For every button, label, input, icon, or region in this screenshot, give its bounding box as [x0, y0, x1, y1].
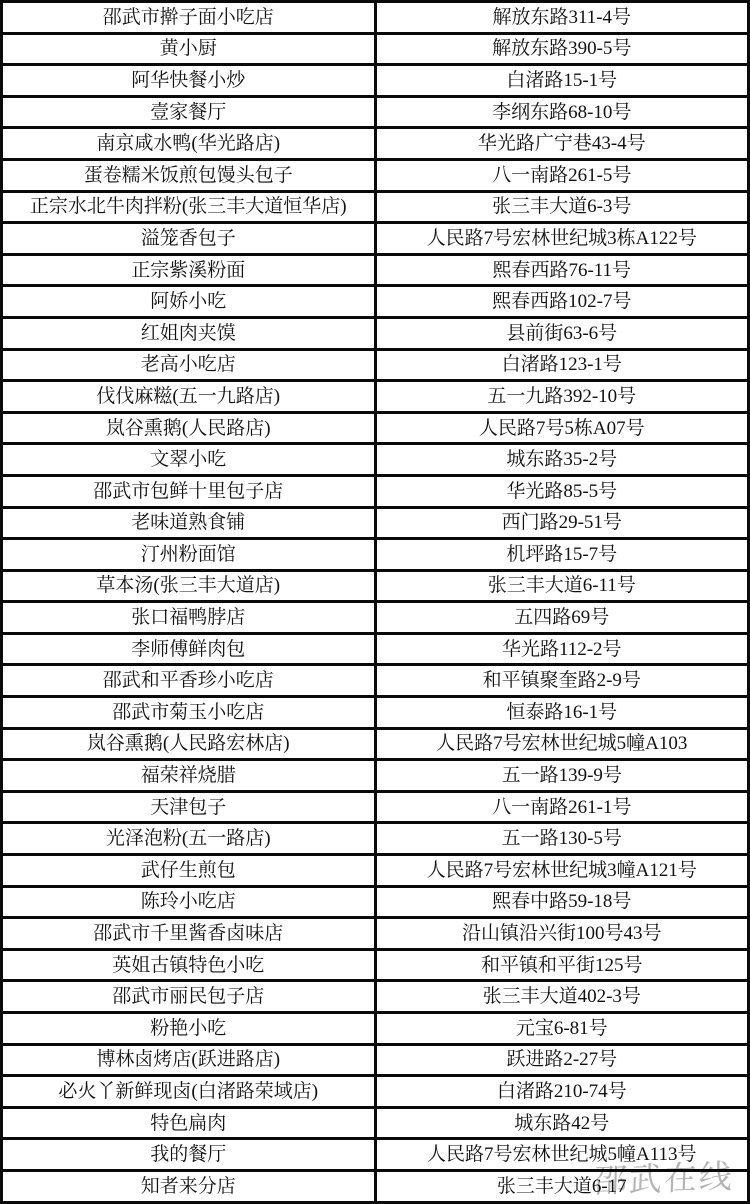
shop-name-cell: 博林卤烤店(跃进路店): [2, 1044, 376, 1076]
table-row: 邵武市千里酱香卤味店 沿山镇沿兴街100号43号: [2, 918, 749, 950]
address-cell: 八一南路261-5号: [375, 159, 749, 191]
address-cell: 人民路7号宏林世纪城3幢A121号: [375, 855, 749, 887]
table-row: 汀州粉面馆 机坪路15-7号: [2, 539, 749, 571]
table-row: 正宗紫溪粉面 熙春西路76-11号: [2, 254, 749, 286]
table-row: 陈玲小吃店 熙春中路59-18号: [2, 886, 749, 918]
table-row: 伐伐麻糍(五一九路店) 五一九路392-10号: [2, 381, 749, 413]
shop-name-cell: 壹家餐厅: [2, 96, 376, 128]
table-row: 岚谷熏鹅(人民路店) 人民路7号5栋A07号: [2, 412, 749, 444]
shop-name-cell: 老高小吃店: [2, 349, 376, 381]
address-cell: 五一路139-9号: [375, 760, 749, 792]
table-row: 邵武市菊玉小吃店 恒泰路16-1号: [2, 697, 749, 729]
address-cell: 人民路7号宏林世纪城5幢A113号: [375, 1139, 749, 1171]
address-cell: 沿山镇沿兴街100号43号: [375, 918, 749, 950]
address-cell: 五四路69号: [375, 602, 749, 634]
shop-name-cell: 陈玲小吃店: [2, 886, 376, 918]
shop-name-cell: 光泽泡粉(五一路店): [2, 823, 376, 855]
address-cell: 人民路7号5栋A07号: [375, 412, 749, 444]
address-cell: 华光路85-5号: [375, 475, 749, 507]
address-cell: 人民路7号宏林世纪城5幢A103: [375, 728, 749, 760]
table-row: 壹家餐厅 李纲东路68-10号: [2, 96, 749, 128]
address-cell: 张三丰大道6-3号: [375, 191, 749, 223]
shop-name-cell: 正宗紫溪粉面: [2, 254, 376, 286]
shop-name-cell: 红姐肉夹馍: [2, 317, 376, 349]
shop-name-cell: 草本汤(张三丰大道店): [2, 570, 376, 602]
table-row: 岚谷熏鹅(人民路宏林店) 人民路7号宏林世纪城5幢A103: [2, 728, 749, 760]
address-cell: 元宝6-81号: [375, 1013, 749, 1045]
address-cell: 张三丰大道6-11号: [375, 570, 749, 602]
table-row: 老高小吃店 白渚路123-1号: [2, 349, 749, 381]
address-cell: 华光路广宁巷43-4号: [375, 128, 749, 160]
table-row: 武仔生煎包 人民路7号宏林世纪城3幢A121号: [2, 855, 749, 887]
table-row: 蛋卷糯米饭煎包馒头包子 八一南路261-5号: [2, 159, 749, 191]
address-cell: 和平镇聚奎路2-9号: [375, 665, 749, 697]
table-row: 英姐古镇特色小吃 和平镇和平街125号: [2, 949, 749, 981]
shop-name-cell: 必火丫新鲜现卤(白渚路荣域店): [2, 1076, 376, 1108]
address-cell: 李纲东路68-10号: [375, 96, 749, 128]
shop-name-cell: 张口福鸭脖店: [2, 602, 376, 634]
table-row: 红姐肉夹馍 县前街63-6号: [2, 317, 749, 349]
table-row: 邵武和平香珍小吃店 和平镇聚奎路2-9号: [2, 665, 749, 697]
shop-name-cell: 阿华快餐小炒: [2, 65, 376, 97]
shop-name-cell: 知者来分店: [2, 1170, 376, 1202]
table-row: 南京咸水鸭(华光路店) 华光路广宁巷43-4号: [2, 128, 749, 160]
shop-name-cell: 福荣祥烧腊: [2, 760, 376, 792]
table-row: 粉艳小吃 元宝6-81号: [2, 1013, 749, 1045]
shop-name-cell: 阿娇小吃: [2, 286, 376, 318]
address-cell: 恒泰路16-1号: [375, 697, 749, 729]
shop-name-cell: 岚谷熏鹅(人民路宏林店): [2, 728, 376, 760]
address-cell: 城东路35-2号: [375, 444, 749, 476]
address-cell: 五一路130-5号: [375, 823, 749, 855]
table-row: 阿华快餐小炒 白渚路15-1号: [2, 65, 749, 97]
shop-name-cell: 邵武和平香珍小吃店: [2, 665, 376, 697]
address-cell: 华光路112-2号: [375, 633, 749, 665]
table-row: 博林卤烤店(跃进路店) 跃进路2-27号: [2, 1044, 749, 1076]
address-cell: 白渚路210-74号: [375, 1076, 749, 1108]
address-cell: 熙春中路59-18号: [375, 886, 749, 918]
table-row: 特色扁肉 城东路42号: [2, 1107, 749, 1139]
shop-name-cell: 伐伐麻糍(五一九路店): [2, 381, 376, 413]
address-cell: 张三丰大道6-17: [375, 1170, 749, 1202]
table-row: 我的餐厅 人民路7号宏林世纪城5幢A113号: [2, 1139, 749, 1171]
table-row: 邵武市包鲜十里包子店 华光路85-5号: [2, 475, 749, 507]
table-body: 邵武市擀子面小吃店 解放东路311-4号 黄小厨 解放东路390-5号 阿华快餐…: [2, 2, 749, 1203]
shop-name-cell: 武仔生煎包: [2, 855, 376, 887]
shop-name-cell: 黄小厨: [2, 33, 376, 65]
table-row: 光泽泡粉(五一路店) 五一路130-5号: [2, 823, 749, 855]
shop-name-cell: 英姐古镇特色小吃: [2, 949, 376, 981]
address-cell: 机坪路15-7号: [375, 539, 749, 571]
address-cell: 张三丰大道402-3号: [375, 981, 749, 1013]
shop-name-cell: 蛋卷糯米饭煎包馒头包子: [2, 159, 376, 191]
table-row: 老味道熟食铺 西门路29-51号: [2, 507, 749, 539]
address-cell: 八一南路261-1号: [375, 791, 749, 823]
shop-name-cell: 文翠小吃: [2, 444, 376, 476]
shop-name-cell: 邵武市千里酱香卤味店: [2, 918, 376, 950]
table-row: 溢笼香包子 人民路7号宏林世纪城3栋A122号: [2, 223, 749, 255]
shop-name-cell: 我的餐厅: [2, 1139, 376, 1171]
shop-name-cell: 李师傅鲜肉包: [2, 633, 376, 665]
table-row: 张口福鸭脖店 五四路69号: [2, 602, 749, 634]
address-cell: 五一九路392-10号: [375, 381, 749, 413]
shop-name-cell: 南京咸水鸭(华光路店): [2, 128, 376, 160]
table-row: 邵武市丽民包子店 张三丰大道402-3号: [2, 981, 749, 1013]
shop-name-cell: 老味道熟食铺: [2, 507, 376, 539]
table-row: 邵武市擀子面小吃店 解放东路311-4号: [2, 2, 749, 34]
address-cell: 人民路7号宏林世纪城3栋A122号: [375, 223, 749, 255]
table-row: 李师傅鲜肉包 华光路112-2号: [2, 633, 749, 665]
shop-name-cell: 邵武市包鲜十里包子店: [2, 475, 376, 507]
shop-name-cell: 邵武市丽民包子店: [2, 981, 376, 1013]
shops-address-table: 邵武市擀子面小吃店 解放东路311-4号 黄小厨 解放东路390-5号 阿华快餐…: [0, 0, 750, 1204]
address-cell: 县前街63-6号: [375, 317, 749, 349]
shop-name-cell: 邵武市菊玉小吃店: [2, 697, 376, 729]
shop-name-cell: 邵武市擀子面小吃店: [2, 2, 376, 34]
table-row: 正宗水北牛肉拌粉(张三丰大道恒华店) 张三丰大道6-3号: [2, 191, 749, 223]
address-cell: 和平镇和平街125号: [375, 949, 749, 981]
address-cell: 跃进路2-27号: [375, 1044, 749, 1076]
table-row: 草本汤(张三丰大道店) 张三丰大道6-11号: [2, 570, 749, 602]
shop-name-cell: 岚谷熏鹅(人民路店): [2, 412, 376, 444]
table-row: 知者来分店 张三丰大道6-17: [2, 1170, 749, 1202]
shop-name-cell: 正宗水北牛肉拌粉(张三丰大道恒华店): [2, 191, 376, 223]
address-cell: 白渚路123-1号: [375, 349, 749, 381]
table-row: 文翠小吃 城东路35-2号: [2, 444, 749, 476]
table-row: 天津包子 八一南路261-1号: [2, 791, 749, 823]
address-cell: 解放东路390-5号: [375, 33, 749, 65]
address-cell: 白渚路15-1号: [375, 65, 749, 97]
address-cell: 城东路42号: [375, 1107, 749, 1139]
address-cell: 西门路29-51号: [375, 507, 749, 539]
address-cell: 熙春西路76-11号: [375, 254, 749, 286]
table-row: 阿娇小吃 熙春西路102-7号: [2, 286, 749, 318]
address-cell: 解放东路311-4号: [375, 2, 749, 34]
table-row: 必火丫新鲜现卤(白渚路荣域店) 白渚路210-74号: [2, 1076, 749, 1108]
address-cell: 熙春西路102-7号: [375, 286, 749, 318]
shop-name-cell: 溢笼香包子: [2, 223, 376, 255]
shop-name-cell: 天津包子: [2, 791, 376, 823]
shop-name-cell: 粉艳小吃: [2, 1013, 376, 1045]
table-row: 福荣祥烧腊 五一路139-9号: [2, 760, 749, 792]
shop-name-cell: 特色扁肉: [2, 1107, 376, 1139]
shop-name-cell: 汀州粉面馆: [2, 539, 376, 571]
table-row: 黄小厨 解放东路390-5号: [2, 33, 749, 65]
